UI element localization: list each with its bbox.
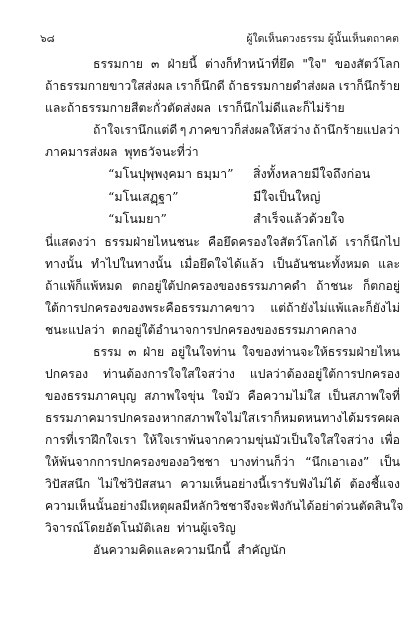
word: สภาพใจขุ่น [144,385,204,407]
word: ใจของท่านจะให้ธรรมฝ่ายไหน [242,341,400,363]
word: ถ้าธรรมกายดำส่งผล [228,75,335,97]
word: ธรรมภาคมารปกครอง [45,407,161,429]
pali-text: “มโนมยา” [108,208,167,230]
word: ตกอยู่ใต้อำนาจการปกครองของธรรมภาคกลาง [112,319,357,341]
word: นี่แสดงว่า [45,231,96,253]
text-line: ให้พ้นจากการปกครองของอวิชชาบางท่านก็ว่า“… [45,451,400,473]
word: ๆ [180,119,187,141]
word: ทางนั้น [45,253,83,275]
paragraph: นี่แสดงว่าธรรมฝ่ายไหนชนะคือยึดครองใจสัตว… [45,231,400,341]
text-line: ของธรรมภาคบุญสภาพใจขุ่นใจมัวคือความไม่ใส… [45,385,400,407]
text-line: วิจารณ์โดยอัตโนมัติเลยท่านผู้เจริญ [45,517,400,539]
word: ความเห็นนั้นอย่างมีเหตุผล [45,495,182,517]
word: “นึกเอาเอง” [305,451,369,473]
word: ท่านผู้เจริญ [177,517,236,539]
word: อยู่ในใจท่าน [171,341,236,363]
word: ของธรรมภาคบุญ [45,385,136,407]
word: ทำไปในทางนั้น [91,253,172,275]
text-line: ปกครองท่านต้องการใจใสใจสว่างแปลว่าต้องอย… [45,363,400,385]
word: ฝ่าย [143,341,164,363]
word: ไม่ใช่วิปัสสนา [99,473,172,495]
word: ภาคขาวก็ส่งผลให้สว่าง [189,119,311,141]
word: ธรรมฝ่ายไหนชนะ [104,231,199,253]
text-line: ถ้าใจเรานึกแต่ดีๆภาคขาวก็ส่งผลให้สว่างถ้… [45,119,400,141]
word: ๓ [128,341,136,363]
translation-text: สิ่งทั้งหลายมีใจถึงก่อน [253,163,370,185]
page-header: ๖๘ ผู้ใดเห็นดวงธรรม ผู้นั้นเห็นตถาคต [40,30,399,46]
word: หากสภาพใจไม่ใส [162,407,255,429]
page-number: ๖๘ [40,30,55,47]
word: ถ้าแพ้ก็แพ้หมด [45,275,122,297]
text-line: ภาคมารส่งผลพุทธวัจนะที่ว่า [45,141,400,163]
word: ถ้านึกร้ายแปลว่า [313,119,400,141]
verse-block: “มโนปุพฺพงฺคมา ธมฺมา”สิ่งทั้งหลายมีใจถึง… [45,163,400,231]
text-line: อันความคิดและความนึกนี้สำคัญนัก [45,539,400,561]
word: คือความไม่ใส [248,385,321,407]
paragraph-group-2: นี่แสดงว่าธรรมฝ่ายไหนชนะคือยึดครองใจสัตว… [45,231,400,561]
word: ภาคมารส่งผล [45,141,117,163]
word: ของสัตว์โลก [335,53,400,75]
paragraph: ถ้าใจเรานึกแต่ดีๆภาคขาวก็ส่งผลให้สว่างถ้… [45,119,400,163]
word: เป็นสภาพใจที่ [328,385,400,407]
word: พุทธวัจนะที่ว่า [124,141,198,163]
word: ตกอยู่ใต้ปกครองของธรรมภาคดำ [132,275,307,297]
word: ฝ่ายนี้ [167,53,196,75]
verse-line: “มโนปุพฺพงฺคมา ธมฺมา”สิ่งทั้งหลายมีใจถึง… [45,163,400,186]
word: และ [378,253,400,275]
text-line: การที่เราฝึกใจเราให้ใจเราพ้นจากความขุ่นม… [45,429,400,451]
text-line: ธรรมกาย๓ฝ่ายนี้ต่างก็ทำหน้าที่ยึด"ใจ"ของ… [45,53,400,75]
text-line: ถ้าแพ้ก็แพ้หมดตกอยู่ใต้ปกครองของธรรมภาคด… [45,275,400,297]
paragraph: อันความคิดและความนึกนี้สำคัญนัก [45,539,400,561]
word: อันความคิดและความนึกนี้ [93,539,230,561]
word: การที่เราฝึกใจเรา [45,429,137,451]
word: เราก็นึกร้าย [339,75,400,97]
word: แปลว่าต้องอยู่ใต้การปกครอง [250,363,400,385]
word: เราก็นึกไป [345,231,400,253]
word: และถ้าธรรมกายสีตะกั่วตัดส่งผล [45,97,211,119]
word: แต่ถ้ายังไม่แพ้และก็ยังไม่ [270,297,400,319]
page-body: ธรรมกาย๓ฝ่ายนี้ต่างก็ทำหน้าที่ยึด"ใจ"ของ… [45,53,400,561]
word: ถ้าใจเรานึกแต่ดี [93,119,177,141]
verse-line: “มโนมยา”สำเร็จแล้วด้วยใจ [45,208,400,231]
verse-line: “มโนเสฏฺฐา”มีใจเป็นใหญ่ [45,186,400,209]
text-line: และถ้าธรรมกายสีตะกั่วตัดส่งผลเราก็นึกไม่… [45,97,400,119]
word: ๓ [151,53,159,75]
text-line: ธรรมภาคมารปกครองหากสภาพใจไม่ใสเราก็หมดหน… [45,407,400,429]
word: เพื่อ [380,429,400,451]
translation-text: สำเร็จแล้วด้วยใจ [253,208,345,230]
word: ถ้าชนะ [316,275,353,297]
word: ใต้การปกครองของพระคือธรรมภาคขาว [45,297,255,319]
word: คือยึดครองใจสัตว์โลกได้ [208,231,337,253]
word: อย่าด่วนตัดสินใจ [314,495,403,517]
word: ต่างก็ทำหน้าที่ยึด [205,53,294,75]
word: ชนะแปลว่า [45,319,105,341]
word: บางท่านก็ว่า [230,451,295,473]
word: เราก็นึกไม่ดีและก็ไม่ร้าย [218,97,345,119]
text-line: ธรรม๓ฝ่ายอยู่ในใจท่านใจของท่านจะให้ธรรมฝ… [45,341,400,363]
word: ก็ตกอยู่ [363,275,400,297]
word: ท่านต้องการใจใสใจสว่าง [103,363,235,385]
pali-text: “มโนปุพฺพงฺคมา ธมฺมา” [108,163,234,185]
text-line: ใต้การปกครองของพระคือธรรมภาคขาวแต่ถ้ายัง… [45,297,400,319]
text-line: นี่แสดงว่าธรรมฝ่ายไหนชนะคือยึดครองใจสัตว… [45,231,400,253]
word: ให้พ้นจากการปกครองของอวิชชา [45,451,220,473]
running-title: ผู้ใดเห็นดวงธรรม ผู้นั้นเห็นตถาคต [246,30,399,47]
text-line: ความเห็นนั้นอย่างมีเหตุผลมีหลักวิชชาจึงจ… [45,495,400,517]
translation-text: มีใจเป็นใหญ่ [253,186,320,208]
word: มีหลักวิชชาจึงจะฟังกันได้ [182,495,314,517]
text-line: วิปัสสนึกไม่ใช่วิปัสสนาความเห็นอย่างนี้เ… [45,473,400,495]
word: ธรรมกาย [93,53,143,75]
word: วิจารณ์โดยอัตโนมัติเลย [45,517,170,539]
word: สำคัญนัก [237,539,286,561]
word: ใจมัว [212,385,240,407]
word: เมื่อยึดใจได้แล้ว [180,253,264,275]
word: เราก็หมดหนทางได้มรรคผล [256,407,400,429]
word: ถ้าธรรมกายขาวใสส่งผล [45,75,173,97]
pali-text: “มโนเสฏฺฐา” [108,186,179,208]
word: ต้องชี้แจง [350,473,400,495]
text-line: ถ้าธรรมกายขาวใสส่งผลเราก็นึกดีถ้าธรรมกาย… [45,75,400,97]
paragraph-group-1: ธรรมกาย๓ฝ่ายนี้ต่างก็ทำหน้าที่ยึด"ใจ"ของ… [45,53,400,163]
word: เป็นอันชนะทั้งหมด [273,253,370,275]
word: ให้ใจเราพ้นจากความขุ่นมัวเป็นใจใสใจสว่าง [143,429,374,451]
word: ธรรม [93,341,122,363]
word: ปกครอง [45,363,88,385]
paragraph: ธรรม๓ฝ่ายอยู่ในใจท่านใจของท่านจะให้ธรรมฝ… [45,341,400,539]
word: เราก็นึกดี [176,75,225,97]
word: ความเห็นอย่างนี้เรารับฟังไม่ได้ [180,473,341,495]
word: วิปัสสนึก [45,473,90,495]
paragraph: ธรรมกาย๓ฝ่ายนี้ต่างก็ทำหน้าที่ยึด"ใจ"ของ… [45,53,400,119]
text-line: ชนะแปลว่าตกอยู่ใต้อำนาจการปกครองของธรรมภ… [45,319,400,341]
text-line: ทางนั้นทำไปในทางนั้นเมื่อยึดใจได้แล้วเป็… [45,253,400,275]
word: "ใจ" [302,53,326,75]
word: เป็น [380,451,400,473]
